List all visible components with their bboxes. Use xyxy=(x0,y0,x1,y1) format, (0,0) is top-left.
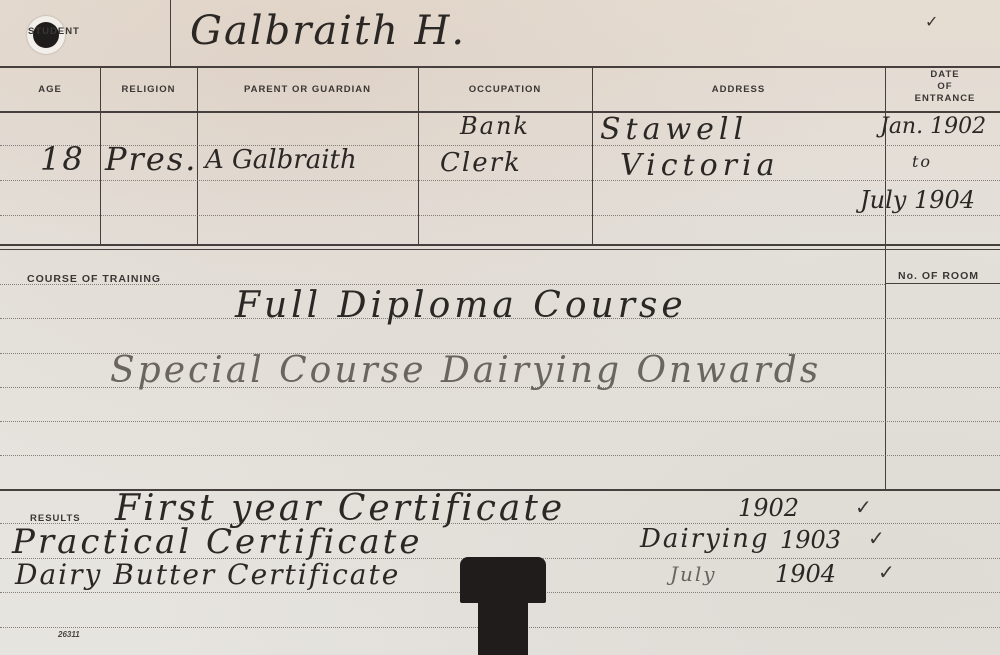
data-dotted-line xyxy=(0,180,1000,181)
column-rule xyxy=(592,66,593,245)
tab-cutout-stem xyxy=(478,597,528,655)
section-double-rule-top xyxy=(0,244,1000,246)
address-line2: Victoria xyxy=(620,148,779,183)
parent-value: A Galbraith xyxy=(205,145,357,175)
column-header-date-of-entrance: DATE OF ENTRANCE xyxy=(885,69,1000,105)
occupation-line1: Bank xyxy=(460,112,530,140)
result-1-year: 1902 xyxy=(738,494,799,522)
student-name: Galbraith H. xyxy=(190,8,466,54)
result-3-note: July xyxy=(670,562,717,586)
room-label: No. OF ROOM xyxy=(888,270,1000,282)
data-dotted-line xyxy=(0,215,1000,216)
result-3-text: Dairy Butter Certificate xyxy=(15,558,400,591)
entrance-to-word: to xyxy=(912,152,932,171)
column-header-date-line1: DATE xyxy=(885,69,1000,81)
section-double-rule-bottom xyxy=(0,249,1000,250)
student-record-card: STUDENT Galbraith H. ✓ AGE RELIGION PARE… xyxy=(0,0,1000,655)
header-checkmark: ✓ xyxy=(925,12,938,31)
address-line1: Stawell xyxy=(600,112,748,147)
student-label: STUDENT xyxy=(28,26,80,38)
course-line1: Full Diploma Course xyxy=(235,285,687,326)
column-header-age: AGE xyxy=(0,84,100,96)
column-header-occupation: OCCUPATION xyxy=(418,84,592,96)
form-number: 26311 xyxy=(58,630,80,639)
student-divider xyxy=(170,0,171,66)
age-value: 18 xyxy=(40,140,85,178)
column-header-address: ADDRESS xyxy=(592,84,885,96)
column-rule xyxy=(418,66,419,245)
result-3-year: 1904 xyxy=(775,560,836,588)
result-2-text: Practical Certificate xyxy=(12,522,422,562)
result-2-year: 1903 xyxy=(780,526,841,554)
result-2-checkmark: ✓ xyxy=(868,526,885,550)
course-line2: Special Course Dairying Onwards xyxy=(110,350,821,391)
religion-value: Pres. xyxy=(105,140,197,178)
column-header-date-line2: OF xyxy=(885,81,1000,93)
room-label-rule xyxy=(885,283,1000,284)
course-dotted-line xyxy=(0,455,1000,456)
column-header-parent: PARENT OR GUARDIAN xyxy=(197,84,418,96)
result-2-extra: Dairying xyxy=(640,524,769,554)
column-rule xyxy=(100,66,101,245)
result-1-checkmark: ✓ xyxy=(855,495,872,519)
card-tab-cutout xyxy=(460,557,546,655)
occupation-line2: Clerk xyxy=(440,148,522,178)
column-header-religion: RELIGION xyxy=(100,84,197,96)
column-header-date-line3: ENTRANCE xyxy=(885,93,1000,105)
header-top-rule xyxy=(0,66,1000,68)
result-3-checkmark: ✓ xyxy=(878,560,895,584)
course-dotted-line xyxy=(0,421,1000,422)
entrance-to: July 1904 xyxy=(860,186,975,214)
entrance-from: Jan. 1902 xyxy=(880,114,986,139)
